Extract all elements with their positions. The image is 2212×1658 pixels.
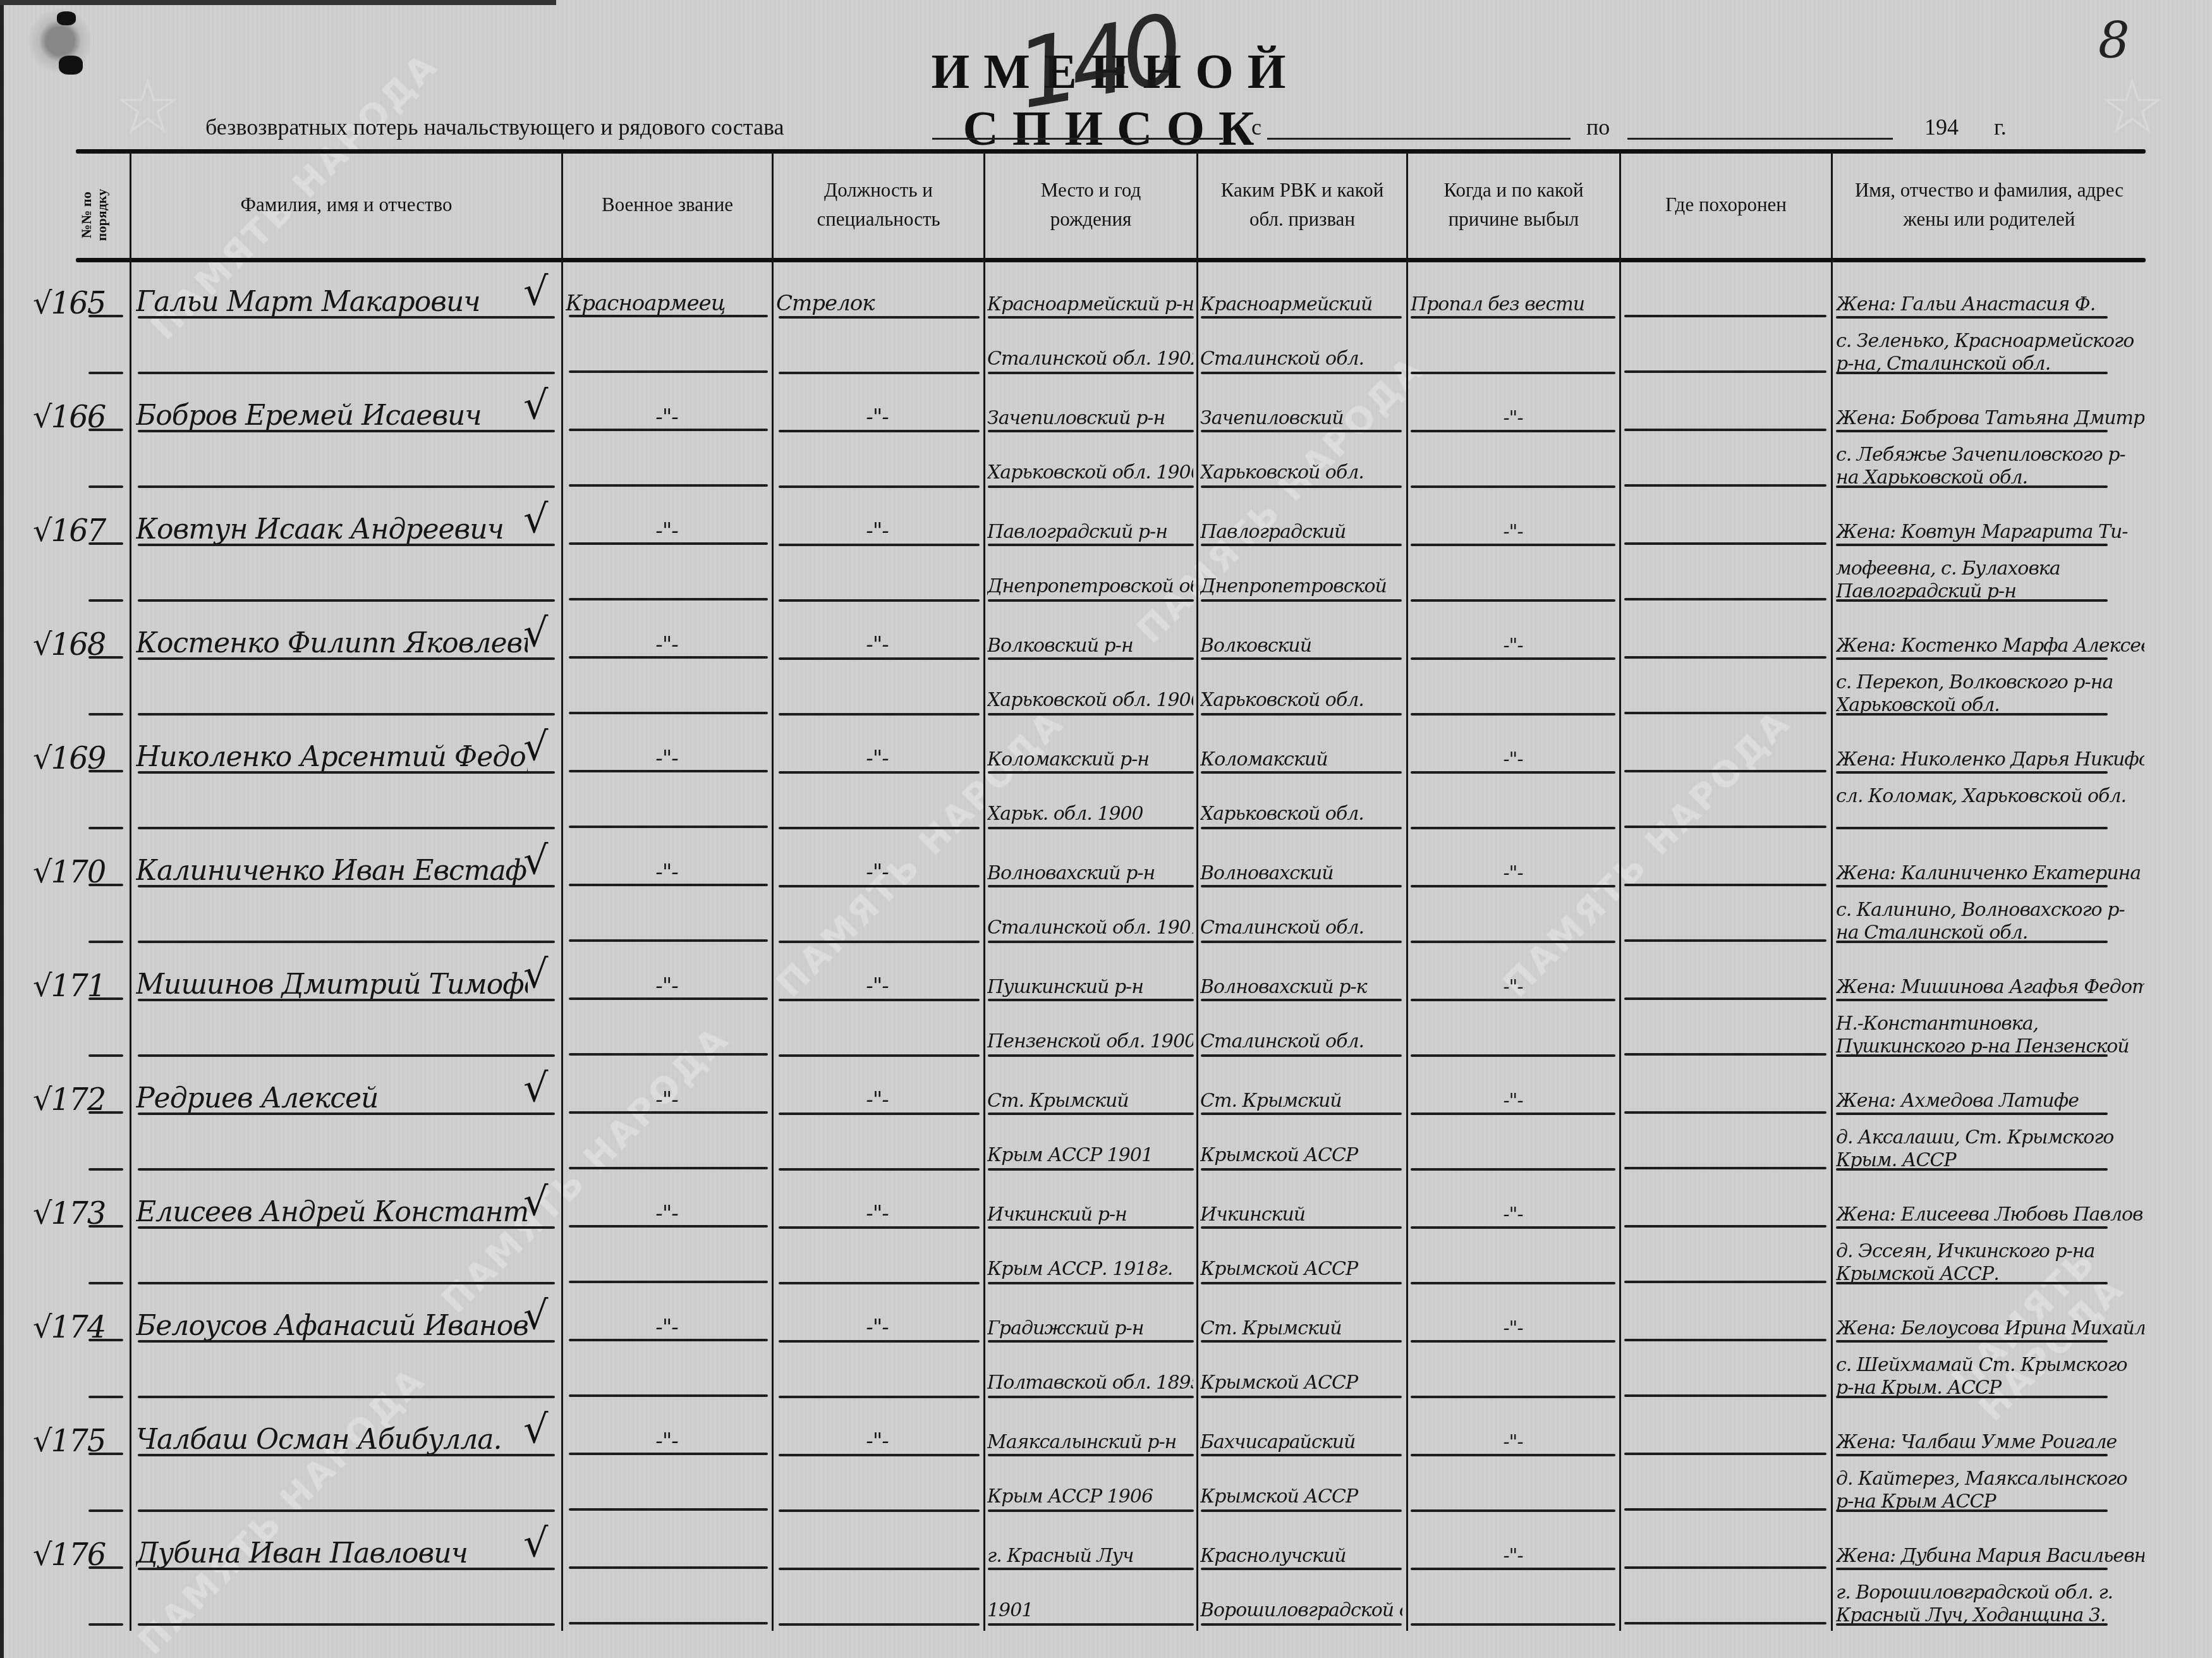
row-underline [88,1453,123,1455]
row-underline [569,770,768,772]
relative-address: с. Калинино, Волновахского р-на Сталинск… [1836,899,2144,944]
rvk-district: Коломакский [1200,748,1402,771]
birth-region-year: Харьковской обл. 1900 [987,461,1193,484]
full-name: Бобров Еремей Исаевич [136,399,528,432]
when-left: -"- [1411,1204,1615,1226]
relative-address: с. Шейхмамай Ст. Крымского р-на Крым. АС… [1836,1354,2144,1399]
header-name: Фамилия, имя и отчество [131,154,561,255]
military-rank: -"- [566,518,768,544]
when-left: -"- [1411,1431,1615,1453]
row-underline [138,1226,555,1229]
military-rank: -"- [566,746,768,771]
row-underline [569,939,768,942]
row-underline [1201,1509,1402,1512]
row-underline [988,771,1194,774]
rvk-region: Харьковской обл. [1200,803,1402,825]
row-underline [1411,430,1615,432]
column-divider [772,152,774,1631]
row-underline [988,1454,1194,1456]
row-underline [1411,941,1615,943]
relative-address: с. Перекоп, Волковского р-на Харьковской… [1836,671,2144,717]
row-underline [1201,316,1402,319]
position: -"- [776,405,978,430]
row-underline [779,599,980,602]
row-underline [569,826,768,828]
full-name: Дубина Иван Павлович [136,1537,528,1570]
row-underline [88,429,123,431]
row-underline [88,1623,123,1626]
rvk-region: Сталинской обл. [1200,348,1402,370]
row-underline [1624,656,1826,659]
relative-name: Жена: Боброва Татьяна Дмитр. [1836,407,2144,429]
rvk-region: Сталинской обл. [1200,1030,1402,1052]
rvk-district: Красноармейский [1200,293,1402,315]
row-underline [1201,1396,1402,1398]
row-underline [1201,1282,1402,1284]
birth-place: Пушкинский р-н [987,976,1193,998]
row-underline [1624,712,1826,714]
row-underline [988,544,1194,546]
checkmark-icon: √ [523,382,561,428]
rvk-region: Сталинской обл. [1200,917,1402,939]
row-underline [1411,316,1615,319]
row-underline [138,1282,555,1284]
full-name: Елисеев Андрей Константинович [136,1196,528,1228]
watermark-star-icon: ☆ [2098,63,2166,151]
row-underline [779,485,980,488]
when-left: -"- [1411,748,1615,771]
checkmark-icon: √ [523,951,561,997]
row-underline [1836,599,2108,602]
column-divider [1196,152,1198,1631]
row-underline [138,885,555,887]
row-underline [88,1111,123,1114]
row-underline [779,1054,980,1057]
row-underline [1624,1167,1826,1169]
birth-region-year: Сталинской обл. 1902 [987,348,1193,370]
row-underline [569,1394,768,1397]
row-underline [138,827,555,829]
military-rank: -"- [566,1087,768,1112]
rvk-region: Харьковской обл. [1200,461,1402,484]
row-underline [779,1226,980,1229]
row-underline [988,1568,1194,1570]
row-underline [1201,885,1402,887]
row-underline [1836,885,2108,887]
row-underline [1624,1622,1826,1624]
row-underline [779,941,980,943]
row-underline [138,485,555,488]
row-underline [779,1568,980,1570]
document-page: ☆ ☆ ПАМЯТЬ НАРОДА ПАМЯТЬ НАРОДА ПАМЯТЬ Н… [0,0,2212,1658]
row-underline [1201,1226,1402,1229]
row-underline [138,1623,555,1626]
full-name: Редриев Алексей [136,1082,528,1114]
relative-address: д. Аксалаши, Ст. Крымского Крым. АССР [1836,1126,2144,1172]
row-underline [569,1053,768,1056]
military-rank: -"- [566,1315,768,1340]
relative-name: Жена: Чалбаш Умме Роигале [1836,1431,2144,1453]
full-name: Чалбаш Осман Абибулла. [136,1423,528,1456]
row-underline [1201,827,1402,829]
row-underline [1624,1225,1826,1228]
birth-place: Волковский р-н [987,635,1193,657]
row-underline [779,771,980,774]
rvk-district: Павлоградский [1200,521,1402,543]
row-underline [1411,713,1615,716]
row-underline [88,941,123,943]
birth-region-year: Харьк. обл. 1900 [987,803,1193,825]
scan-edge [0,5,4,1658]
row-underline [1836,1509,2108,1512]
row-underline [569,1622,768,1624]
row-underline [779,1340,980,1343]
row-underline [988,1340,1194,1343]
row-underline [1201,1568,1402,1570]
watermark: ПАМЯТЬ НАРОДА [1130,349,1432,651]
row-underline [138,316,555,319]
row-underline [138,1340,555,1343]
header-rvk: Каким РВК и какой обл. призван [1198,154,1406,255]
position: -"- [776,973,978,999]
row-underline [1836,771,2108,774]
row-underline [988,1054,1194,1057]
when-left: -"- [1411,635,1615,657]
row-underline [1836,485,2108,488]
row-underline [1201,599,1402,602]
row-underline [1624,1111,1826,1114]
row-underline [138,999,555,1001]
relative-address: мофеевна, с. Булаховка Павлоградский р-н… [1836,558,2144,603]
column-divider [1831,152,1833,1631]
row-underline [1836,1568,2108,1570]
row-underline [88,884,123,886]
checkmark-icon: √ [523,1178,561,1224]
punch-hole [28,6,92,76]
row-underline [569,370,768,373]
relative-name: Жена: Ковтун Маргарита Ти- [1836,521,2144,543]
row-underline [88,542,123,545]
row-underline [1836,1226,2108,1229]
row-underline [1836,999,2108,1001]
row-underline [988,372,1194,374]
row-underline [1836,713,2108,716]
rvk-district: Бахчисарайский [1200,1431,1402,1453]
row-underline [1624,826,1826,828]
table-top-border [76,149,2146,154]
row-underline [1624,1053,1826,1056]
row-underline [138,544,555,546]
position: -"- [776,746,978,771]
birth-region-year: Пензенской обл. 1900 [987,1030,1193,1052]
checkmark-icon: √ [523,723,561,769]
relative-name: Жена: Белоусова Ирина Михайлов. [1836,1317,2144,1339]
row-underline [1201,713,1402,716]
row-underline [1411,827,1615,829]
row-underline [1201,1054,1402,1057]
header-rank: Военное звание [563,154,772,255]
row-underline [569,1281,768,1283]
row-underline [1411,485,1615,488]
date-from-blank [932,138,1223,140]
row-underline [569,1225,768,1228]
row-underline [988,657,1194,660]
year-label: 194 [1924,114,1959,140]
relative-address: д. Эссеян, Ичкинского р-на Крымской АССР… [1836,1240,2144,1286]
row-underline [1624,939,1826,942]
birth-place: Маяксалынский р-н [987,1431,1193,1453]
header-bottom-border [76,258,2146,262]
row-underline [138,1054,555,1057]
military-rank: -"- [566,1429,768,1454]
row-underline [1624,1281,1826,1283]
rvk-district: Волковский [1200,635,1402,657]
row-underline [988,1112,1194,1115]
row-underline [1201,544,1402,546]
row-underline [779,1454,980,1456]
row-underline [988,1226,1194,1229]
row-underline [88,315,123,317]
relative-address: с. Лебяжье Зачепиловского р-на Харьковск… [1836,444,2144,489]
row-underline [1836,827,2108,829]
watermark-star-icon: ☆ [114,63,182,151]
when-left: -"- [1411,1545,1615,1567]
row-underline [138,1509,555,1512]
row-underline [1411,1340,1615,1343]
row-underline [779,372,980,374]
row-underline [1411,599,1615,602]
row-underline [1201,372,1402,374]
checkmark-icon: √ [523,1520,561,1566]
from-label: с [1251,114,1261,140]
row-underline [88,1168,123,1171]
row-underline [779,430,980,432]
relative-name: Жена: Николенко Дарья Никифор. [1836,748,2144,771]
row-underline [138,1396,555,1398]
checkmark-icon: √ [523,496,561,542]
row-underline [1201,1168,1402,1171]
row-underline [779,1168,980,1171]
position: -"- [776,518,978,544]
row-underline [1836,941,2108,943]
row-underline [1411,885,1615,887]
position: -"- [776,1087,978,1112]
birth-place: Зачепиловский р-н [987,407,1193,429]
column-divider [1406,152,1408,1631]
subtitle: безвозвратных потерь начальствующего и р… [205,114,2038,145]
row-underline [569,1167,768,1169]
checkmark-icon: √ [523,268,561,314]
checkmark-icon: √ [523,1406,561,1452]
column-divider [983,152,985,1631]
row-underline [138,430,555,432]
rvk-region: Крымской АССР [1200,1485,1402,1508]
position: -"- [776,860,978,885]
row-underline [88,827,123,829]
birth-place: Градижский р-н [987,1317,1193,1339]
row-underline [569,656,768,659]
row-underline [1411,1396,1615,1398]
column-divider [130,152,131,1631]
row-underline [569,1508,768,1511]
subtitle-text: безвозвратных потерь начальствующего и р… [205,114,784,140]
row-underline [1411,1454,1615,1456]
relative-address: Н.-Константиновка, Пушкинского р-на Пенз… [1836,1013,2144,1058]
rvk-district: Ст. Крымский [1200,1317,1402,1339]
row-underline [88,770,123,772]
row-underline [1411,771,1615,774]
row-underline [1411,1568,1615,1570]
row-underline [1624,542,1826,545]
birth-place: г. Красный Луч [987,1545,1193,1567]
row-underline [569,1566,768,1569]
relative-name: Жена: Ахмедова Латифе [1836,1090,2144,1112]
date-from-field [1267,138,1571,140]
row-underline [88,1225,123,1228]
row-underline [1201,1340,1402,1343]
row-underline [1836,1112,2108,1115]
row-underline [988,941,1194,943]
header-buried: Где похоронен [1621,154,1831,255]
row-underline [988,1282,1194,1284]
relative-name: Жена: Гальи Анастасия Ф. [1836,293,2144,315]
row-underline [1624,315,1826,317]
row-underline [569,315,768,317]
row-underline [1411,1509,1615,1512]
row-underline [88,1339,123,1341]
checkmark-icon: √ [523,609,561,655]
row-underline [138,372,555,374]
row-underline [569,1111,768,1114]
rvk-region: Крымской АССР [1200,1144,1402,1166]
relative-name: Жена: Дубина Мария Васильевна [1836,1545,2144,1567]
row-underline [779,1623,980,1626]
column-divider [561,152,563,1631]
relative-address: с. Зеленько, Красноармейского р-на, Стал… [1836,330,2144,375]
row-underline [988,713,1194,716]
row-underline [779,1396,980,1398]
row-underline [1624,1394,1826,1397]
row-underline [1201,657,1402,660]
page-number: 8 [2098,13,2130,70]
when-left: -"- [1411,976,1615,998]
row-underline [88,1566,123,1569]
row-underline [88,656,123,659]
row-underline [1836,1340,2108,1343]
relative-address: сл. Коломак, Харьковской обл. [1836,785,2144,831]
relative-address: д. Кайтерез, Маяксалынского р-на Крым АС… [1836,1468,2144,1513]
header-position: Должность и специальность [774,154,983,255]
birth-place: Ичкинский р-н [987,1204,1193,1226]
row-underline [1201,941,1402,943]
row-underline [138,657,555,660]
row-underline [988,885,1194,887]
row-underline [88,1396,123,1398]
column-divider [1619,152,1621,1631]
row-underline [779,999,980,1001]
checkmark-icon: √ [523,1292,561,1338]
row-underline [779,1509,980,1512]
birth-region-year: Крым АССР 1901 [987,1144,1193,1166]
full-name: Калиниченко Иван Евстафьевич [136,855,528,887]
when-left: -"- [1411,862,1615,884]
rvk-district: Волновахский р-к [1200,976,1402,998]
row-underline [1411,544,1615,546]
full-name: Гальи Март Макарович [136,286,528,318]
row-underline [988,599,1194,602]
header-when: Когда и по какой причине выбыл [1408,154,1619,255]
row-underline [1624,770,1826,772]
military-rank: -"- [566,632,768,657]
row-underline [1836,1282,2108,1284]
when-left: Пропал без вести [1411,293,1615,315]
row-underline [138,713,555,716]
row-underline [779,885,980,887]
row-underline [988,316,1194,319]
row-underline [1201,485,1402,488]
row-underline [88,1054,123,1057]
relative-name: Жена: Елисеева Любовь Павловна [1836,1204,2144,1226]
row-underline [988,1168,1194,1171]
row-underline [1624,997,1826,1000]
row-underline [1624,1453,1826,1455]
row-underline [1836,1054,2108,1057]
row-underline [1836,316,2108,319]
row-underline [1411,1282,1615,1284]
row-underline [1836,657,2108,660]
row-underline [779,827,980,829]
header-relatives: Имя, отчество и фамилия, адрес жены или … [1833,154,2146,255]
row-underline [1411,1623,1615,1626]
rvk-district: Зачепиловский [1200,407,1402,429]
row-underline [779,544,980,546]
row-underline [1411,372,1615,374]
row-underline [779,713,980,716]
birth-region-year: Днепропетровской обл. 1894г. [987,575,1193,597]
row-underline [1201,430,1402,432]
position: Стрелок [776,291,978,316]
row-underline [988,827,1194,829]
birth-place: Павлоградский р-н [987,521,1193,543]
row-underline [138,599,555,602]
full-name: Белоусов Афанасий Иванович [136,1310,528,1342]
row-underline [1624,429,1826,431]
checkmark-icon: √ [523,1064,561,1111]
row-underline [779,316,980,319]
row-underline [569,997,768,1000]
row-underline [1836,544,2108,546]
checkmark-icon: √ [523,837,561,883]
row-underline [1201,1112,1402,1115]
full-name: Костенко Филипп Яковлевич [136,627,528,659]
year-suffix: г. [1994,114,2007,140]
military-rank: Красноармеец [566,291,768,316]
row-underline [138,1168,555,1171]
birth-region-year: 1901 [987,1599,1193,1621]
rvk-district: Волновахский [1200,862,1402,884]
to-label: по [1586,114,1610,140]
birth-place: Коломакский р-н [987,748,1193,771]
row-underline [138,771,555,774]
birth-region-year: Крым АССР 1906 [987,1485,1193,1508]
row-underline [779,1282,980,1284]
row-underline [1836,1168,2108,1171]
row-underline [988,1623,1194,1626]
row-underline [1624,598,1826,600]
row-underline [779,1112,980,1115]
birth-region-year: Харьковской обл. 1900 [987,689,1193,711]
row-underline [1624,484,1826,487]
